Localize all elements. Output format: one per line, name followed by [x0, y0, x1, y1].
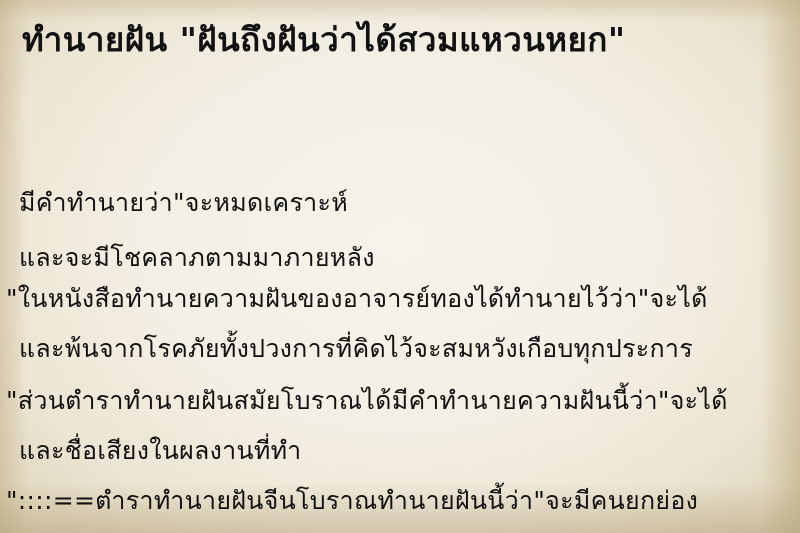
- paper-edge-right: [760, 0, 800, 533]
- text-line-3: "ในหนังสือทำนายความฝันของอาจารย์ทองได้ทำ…: [6, 282, 708, 316]
- text-line-5: "ส่วนตำราทำนายฝันสมัยโบราณได้มีคำทำนายคว…: [6, 384, 728, 418]
- text-line-1: มีคำทำนายว่า"จะหมดเคราะห์: [19, 186, 348, 220]
- text-line-7: "::::==ตำราทำนายฝันจีนโบราณทำนายฝันนี้ว่…: [6, 484, 698, 518]
- page-title: ทำนายฝัน "ฝันถึงฝันว่าได้สวมแหวนหยก": [22, 18, 626, 62]
- text-line-6: และชื่อเสียงในผลงานที่ทำ: [19, 434, 302, 468]
- text-line-4: และพ้นจากโรคภัยทั้งปวงการที่คิดไว้จะสมหว…: [19, 332, 693, 366]
- text-line-2: และจะมีโชคลาภตามมาภายหลัง: [19, 241, 375, 275]
